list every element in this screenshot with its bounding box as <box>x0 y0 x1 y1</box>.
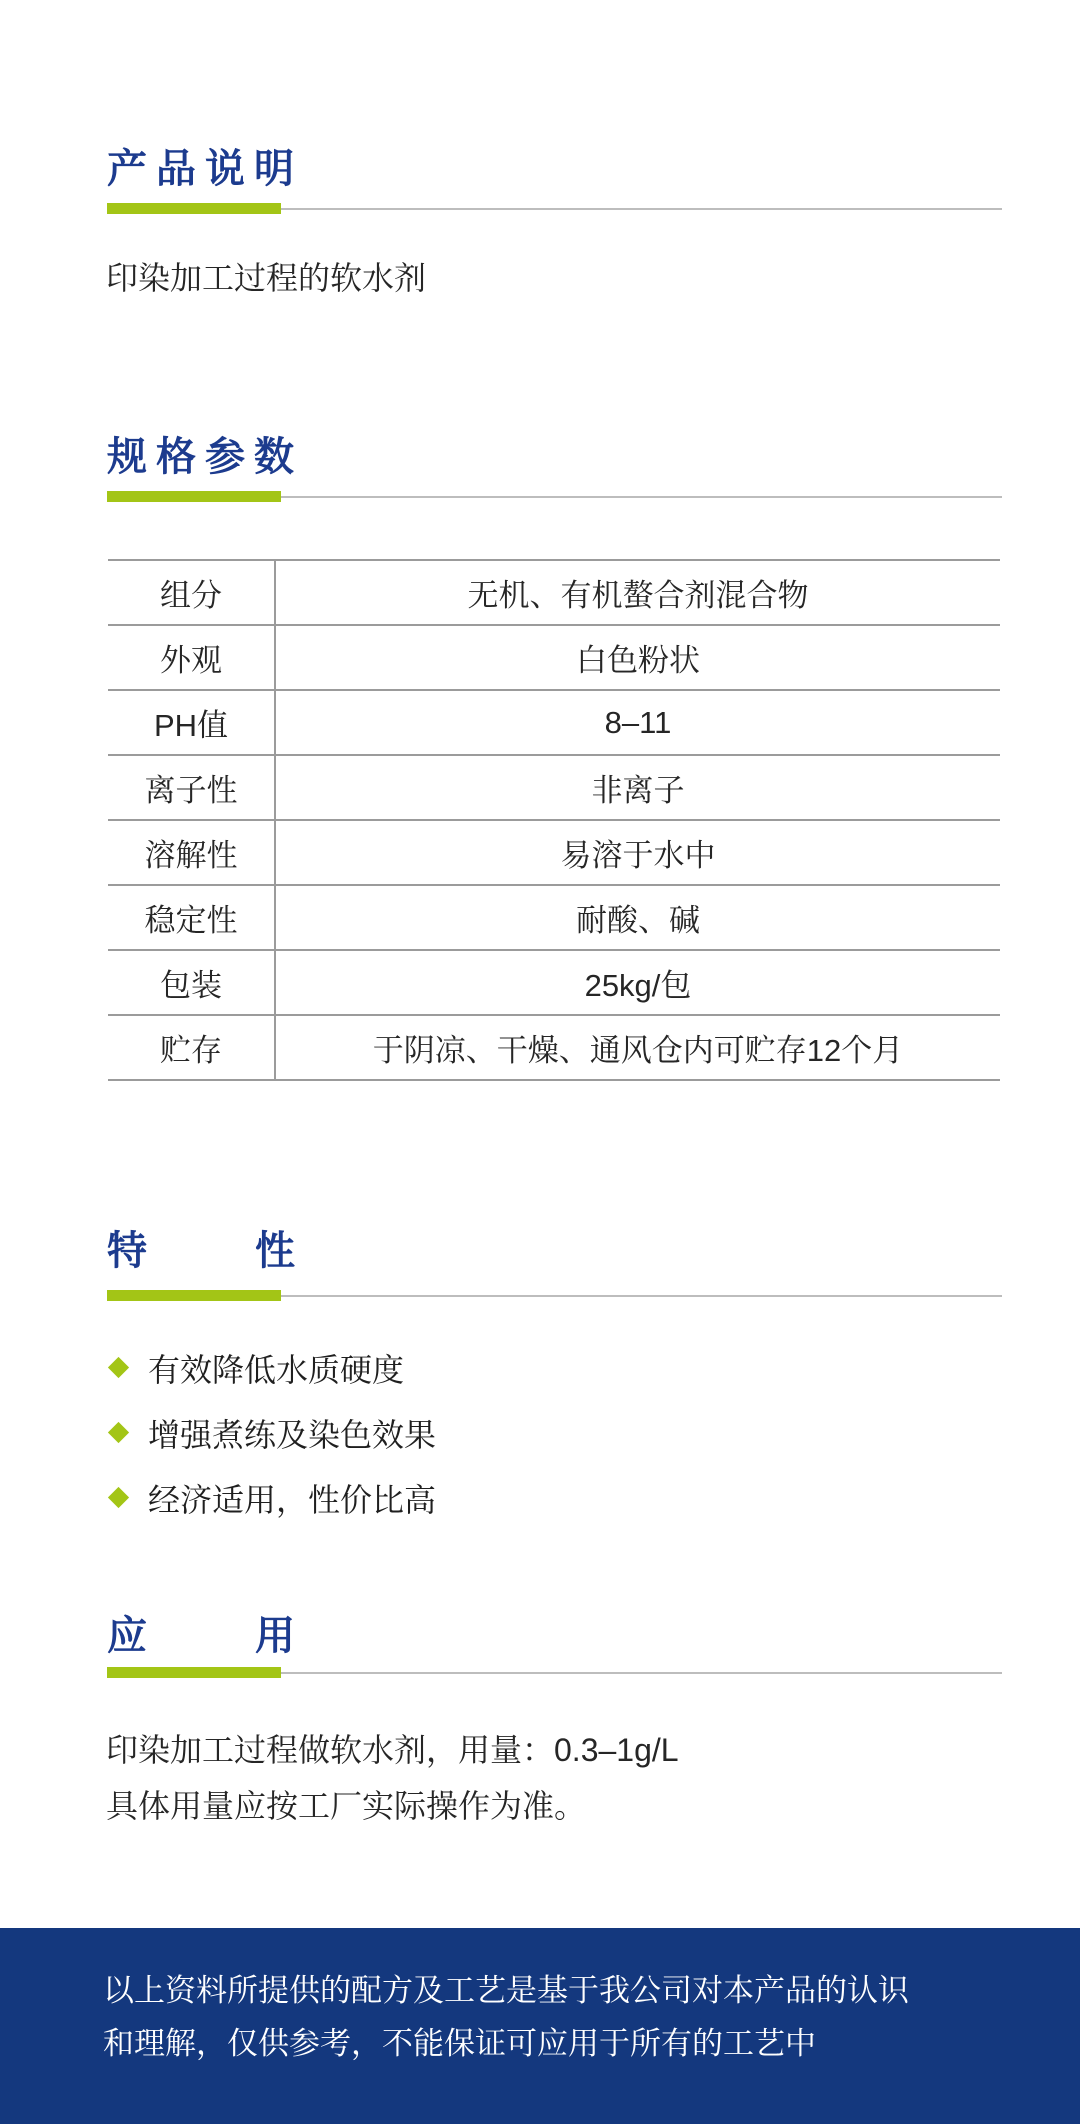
table-row: 组分 无机、有机螯合剂混合物 <box>108 560 1000 625</box>
spec-table: 组分 无机、有机螯合剂混合物 外观 白色粉状 PH值 8–11 离子性 非离子 <box>108 559 1000 1081</box>
feature-item: 增强煮练及染色效果 <box>108 1400 436 1465</box>
feature-item: 有效降低水质硬度 <box>108 1335 436 1400</box>
spec-value: 8–11 <box>275 690 1000 755</box>
product-description-text: 印染加工过程的软水剂 <box>106 258 426 298</box>
feature-text: 增强煮练及染色效果 <box>148 1410 436 1456</box>
spec-label: 外观 <box>108 625 275 690</box>
feature-item: 经济适用，性价比高 <box>108 1465 436 1530</box>
green-accent-bar <box>107 1667 281 1678</box>
features-list: 有效降低水质硬度 增强煮练及染色效果 经济适用，性价比高 <box>108 1335 436 1530</box>
application-text: 印染加工过程做软水剂，用量：0.3–1g/L 具体用量应按工厂实际操作为准。 <box>106 1722 679 1834</box>
spec-label: 溶解性 <box>108 820 275 885</box>
application-text-line: 印染加工过程做软水剂，用量：0.3–1g/L <box>106 1722 679 1778</box>
green-accent-bar <box>107 203 281 214</box>
section-title-features: 特 性 <box>107 1228 295 1274</box>
section-underline <box>107 491 1002 502</box>
diamond-bullet-icon <box>108 1357 129 1378</box>
spec-label: 贮存 <box>108 1015 275 1080</box>
green-accent-bar <box>107 491 281 502</box>
disclaimer-line: 和理解，仅供参考，不能保证可应用于所有的工艺中 <box>103 2017 1020 2070</box>
table-row: PH值 8–11 <box>108 690 1000 755</box>
section-title-char: 用 <box>255 1613 295 1659</box>
spec-value: 易溶于水中 <box>275 820 1000 885</box>
divider-line <box>281 1672 1002 1674</box>
diamond-bullet-icon <box>108 1487 129 1508</box>
spec-value: 白色粉状 <box>275 625 1000 690</box>
section-title-product-description: 产品说明 <box>107 146 303 192</box>
product-spec-page: 产品说明 印染加工过程的软水剂 规格参数 组分 无机、有机螯合剂混合物 外观 白… <box>0 0 1080 2124</box>
green-accent-bar <box>107 1290 281 1301</box>
spec-label: 稳定性 <box>108 885 275 950</box>
table-row: 离子性 非离子 <box>108 755 1000 820</box>
application-text-line: 具体用量应按工厂实际操作为准。 <box>106 1778 679 1834</box>
spec-label: 包装 <box>108 950 275 1015</box>
spec-label: PH值 <box>108 690 275 755</box>
spec-value: 无机、有机螯合剂混合物 <box>275 560 1000 625</box>
section-underline <box>107 1667 1002 1678</box>
table-row: 贮存 于阴凉、干燥、通风仓内可贮存12个月 <box>108 1015 1000 1080</box>
spec-value: 25kg/包 <box>275 950 1000 1015</box>
spec-label: 离子性 <box>108 755 275 820</box>
spec-label: 组分 <box>108 560 275 625</box>
feature-text: 有效降低水质硬度 <box>148 1345 404 1391</box>
spec-value: 非离子 <box>275 755 1000 820</box>
section-title-specifications: 规格参数 <box>107 434 303 480</box>
section-title-char: 特 <box>107 1228 147 1274</box>
table-row: 包装 25kg/包 <box>108 950 1000 1015</box>
spec-value: 耐酸、碱 <box>275 885 1000 950</box>
section-underline <box>107 203 1002 214</box>
section-title-char: 性 <box>255 1228 295 1274</box>
table-row: 溶解性 易溶于水中 <box>108 820 1000 885</box>
spec-value: 于阴凉、干燥、通风仓内可贮存12个月 <box>275 1015 1000 1080</box>
section-title-char: 应 <box>107 1613 147 1659</box>
divider-line <box>281 496 1002 498</box>
divider-line <box>281 1295 1002 1297</box>
table-row: 外观 白色粉状 <box>108 625 1000 690</box>
section-title-application: 应 用 <box>107 1613 295 1659</box>
disclaimer-footer: 以上资料所提供的配方及工艺是基于我公司对本产品的认识 和理解，仅供参考，不能保证… <box>0 1928 1080 2124</box>
divider-line <box>281 208 1002 210</box>
section-underline <box>107 1290 1002 1301</box>
table-row: 稳定性 耐酸、碱 <box>108 885 1000 950</box>
feature-text: 经济适用，性价比高 <box>148 1475 436 1521</box>
disclaimer-line: 以上资料所提供的配方及工艺是基于我公司对本产品的认识 <box>103 1964 1020 2017</box>
diamond-bullet-icon <box>108 1422 129 1443</box>
